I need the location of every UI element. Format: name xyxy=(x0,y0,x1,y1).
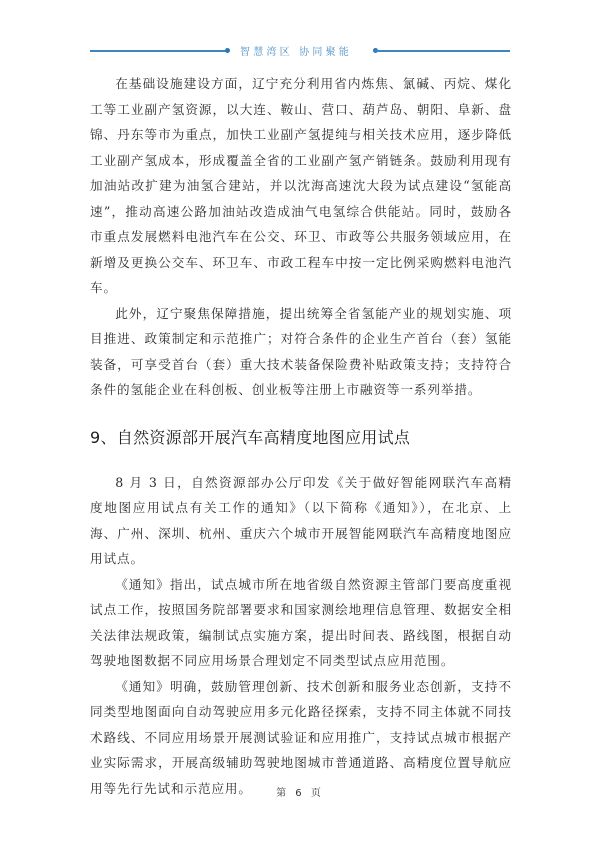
paragraph-notice-innovation: 《通知》明确，鼓励管理创新、技术创新和服务业态创新，支持不同类型地图面向自动驾驶… xyxy=(90,674,512,802)
paragraph-notice-issued: 8 月 3 日，自然资源部办公厅印发《关于做好智能网联汽车高精度地图应用试点有关… xyxy=(90,470,512,572)
document-body: 在基础设施建设方面，辽宁充分利用省内炼焦、氯碱、丙烷、煤化工等工业副产氢资源，以… xyxy=(90,71,512,801)
paragraph-notice-requirements: 《通知》指出，试点城市所在地省级自然资源主管部门要高度重视试点工作，按照国务院部… xyxy=(90,572,512,674)
header-divider-right xyxy=(375,50,510,52)
page-number: 第 6 页 xyxy=(0,784,600,799)
header-divider-left xyxy=(90,50,227,52)
page-header: 智慧湾区 协同聚能 xyxy=(90,42,510,60)
paragraph-safeguards: 此外，辽宁聚焦保障措施，提出统筹全省氢能产业的规划实施、项目推进、政策制定和示范… xyxy=(90,301,512,403)
header-slogan: 智慧湾区 协同聚能 xyxy=(240,43,365,58)
paragraph-infrastructure: 在基础设施建设方面，辽宁充分利用省内炼焦、氯碱、丙烷、煤化工等工业副产氢资源，以… xyxy=(90,71,512,301)
section-title: 9、自然资源部开展汽车高精度地图应用试点 xyxy=(90,425,512,448)
header-dot-left xyxy=(225,48,230,53)
